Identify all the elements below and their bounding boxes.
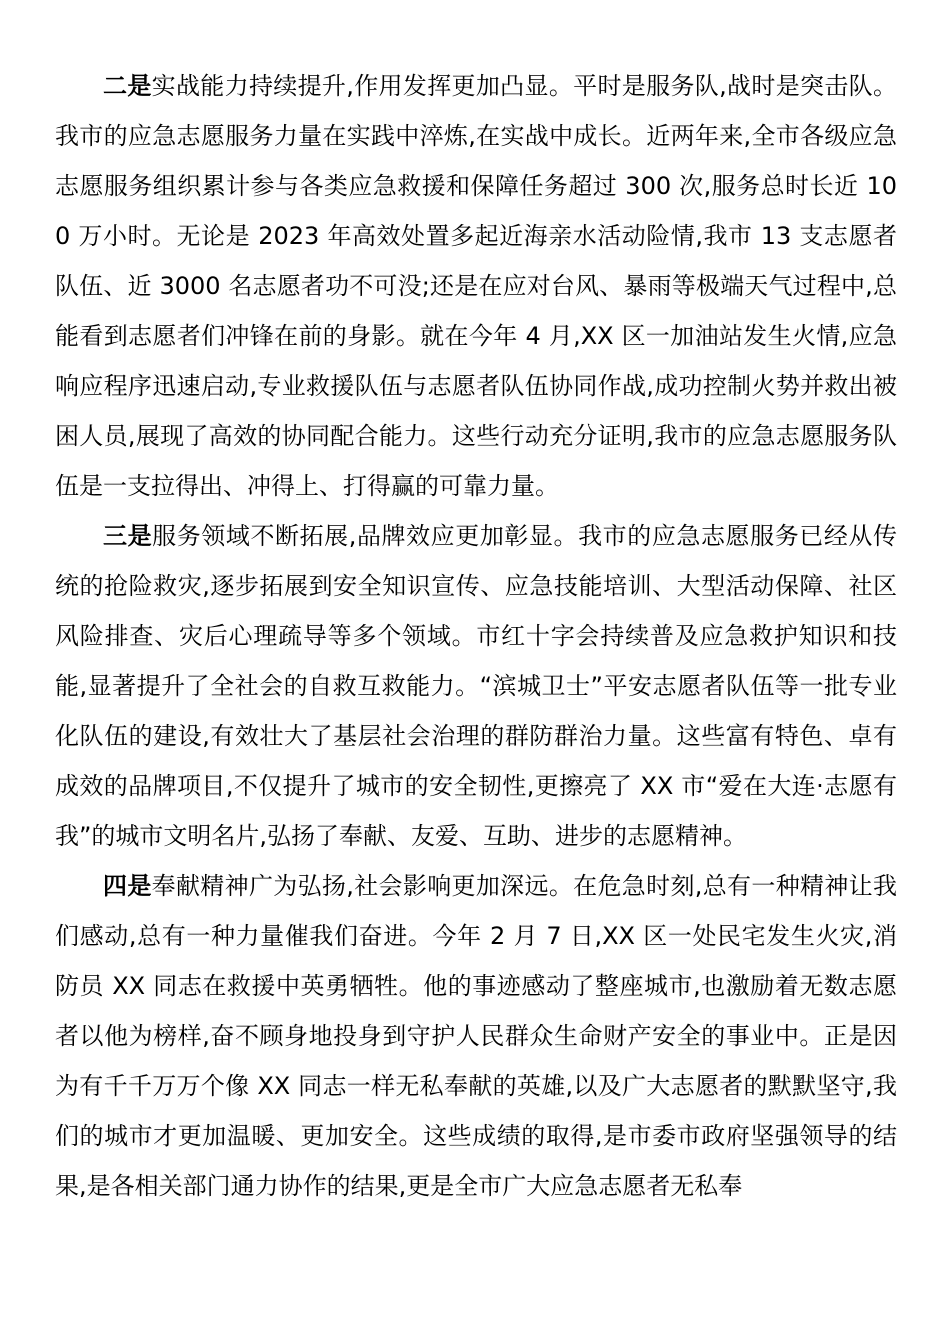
- paragraph-body-text: 奉献精神广为弘扬,社会影响更加深远。在危急时刻,总有一种精神让我们感动,总有一种…: [55, 872, 897, 1200]
- paragraph-lead-bold: 四是: [103, 872, 152, 900]
- paragraph-body-text: 实战能力持续提升,作用发挥更加凸显。平时是服务队,战时是突击队。我市的应急志愿服…: [55, 72, 897, 500]
- paragraph-point-four: 四是奉献精神广为弘扬,社会影响更加深远。在危急时刻,总有一种精神让我们感动,总有…: [55, 861, 897, 1211]
- document-page: 二是实战能力持续提升,作用发挥更加凸显。平时是服务队,战时是突击队。我市的应急志…: [0, 0, 950, 1344]
- paragraph-lead-bold: 三是: [103, 522, 152, 550]
- paragraph-point-three: 三是服务领域不断拓展,品牌效应更加彰显。我市的应急志愿服务已经从传统的抢险救灾,…: [55, 511, 897, 861]
- paragraph-point-two: 二是实战能力持续提升,作用发挥更加凸显。平时是服务队,战时是突击队。我市的应急志…: [55, 61, 897, 511]
- paragraph-lead-bold: 二是: [103, 72, 152, 100]
- paragraph-body-text: 服务领域不断拓展,品牌效应更加彰显。我市的应急志愿服务已经从传统的抢险救灾,逐步…: [55, 522, 897, 850]
